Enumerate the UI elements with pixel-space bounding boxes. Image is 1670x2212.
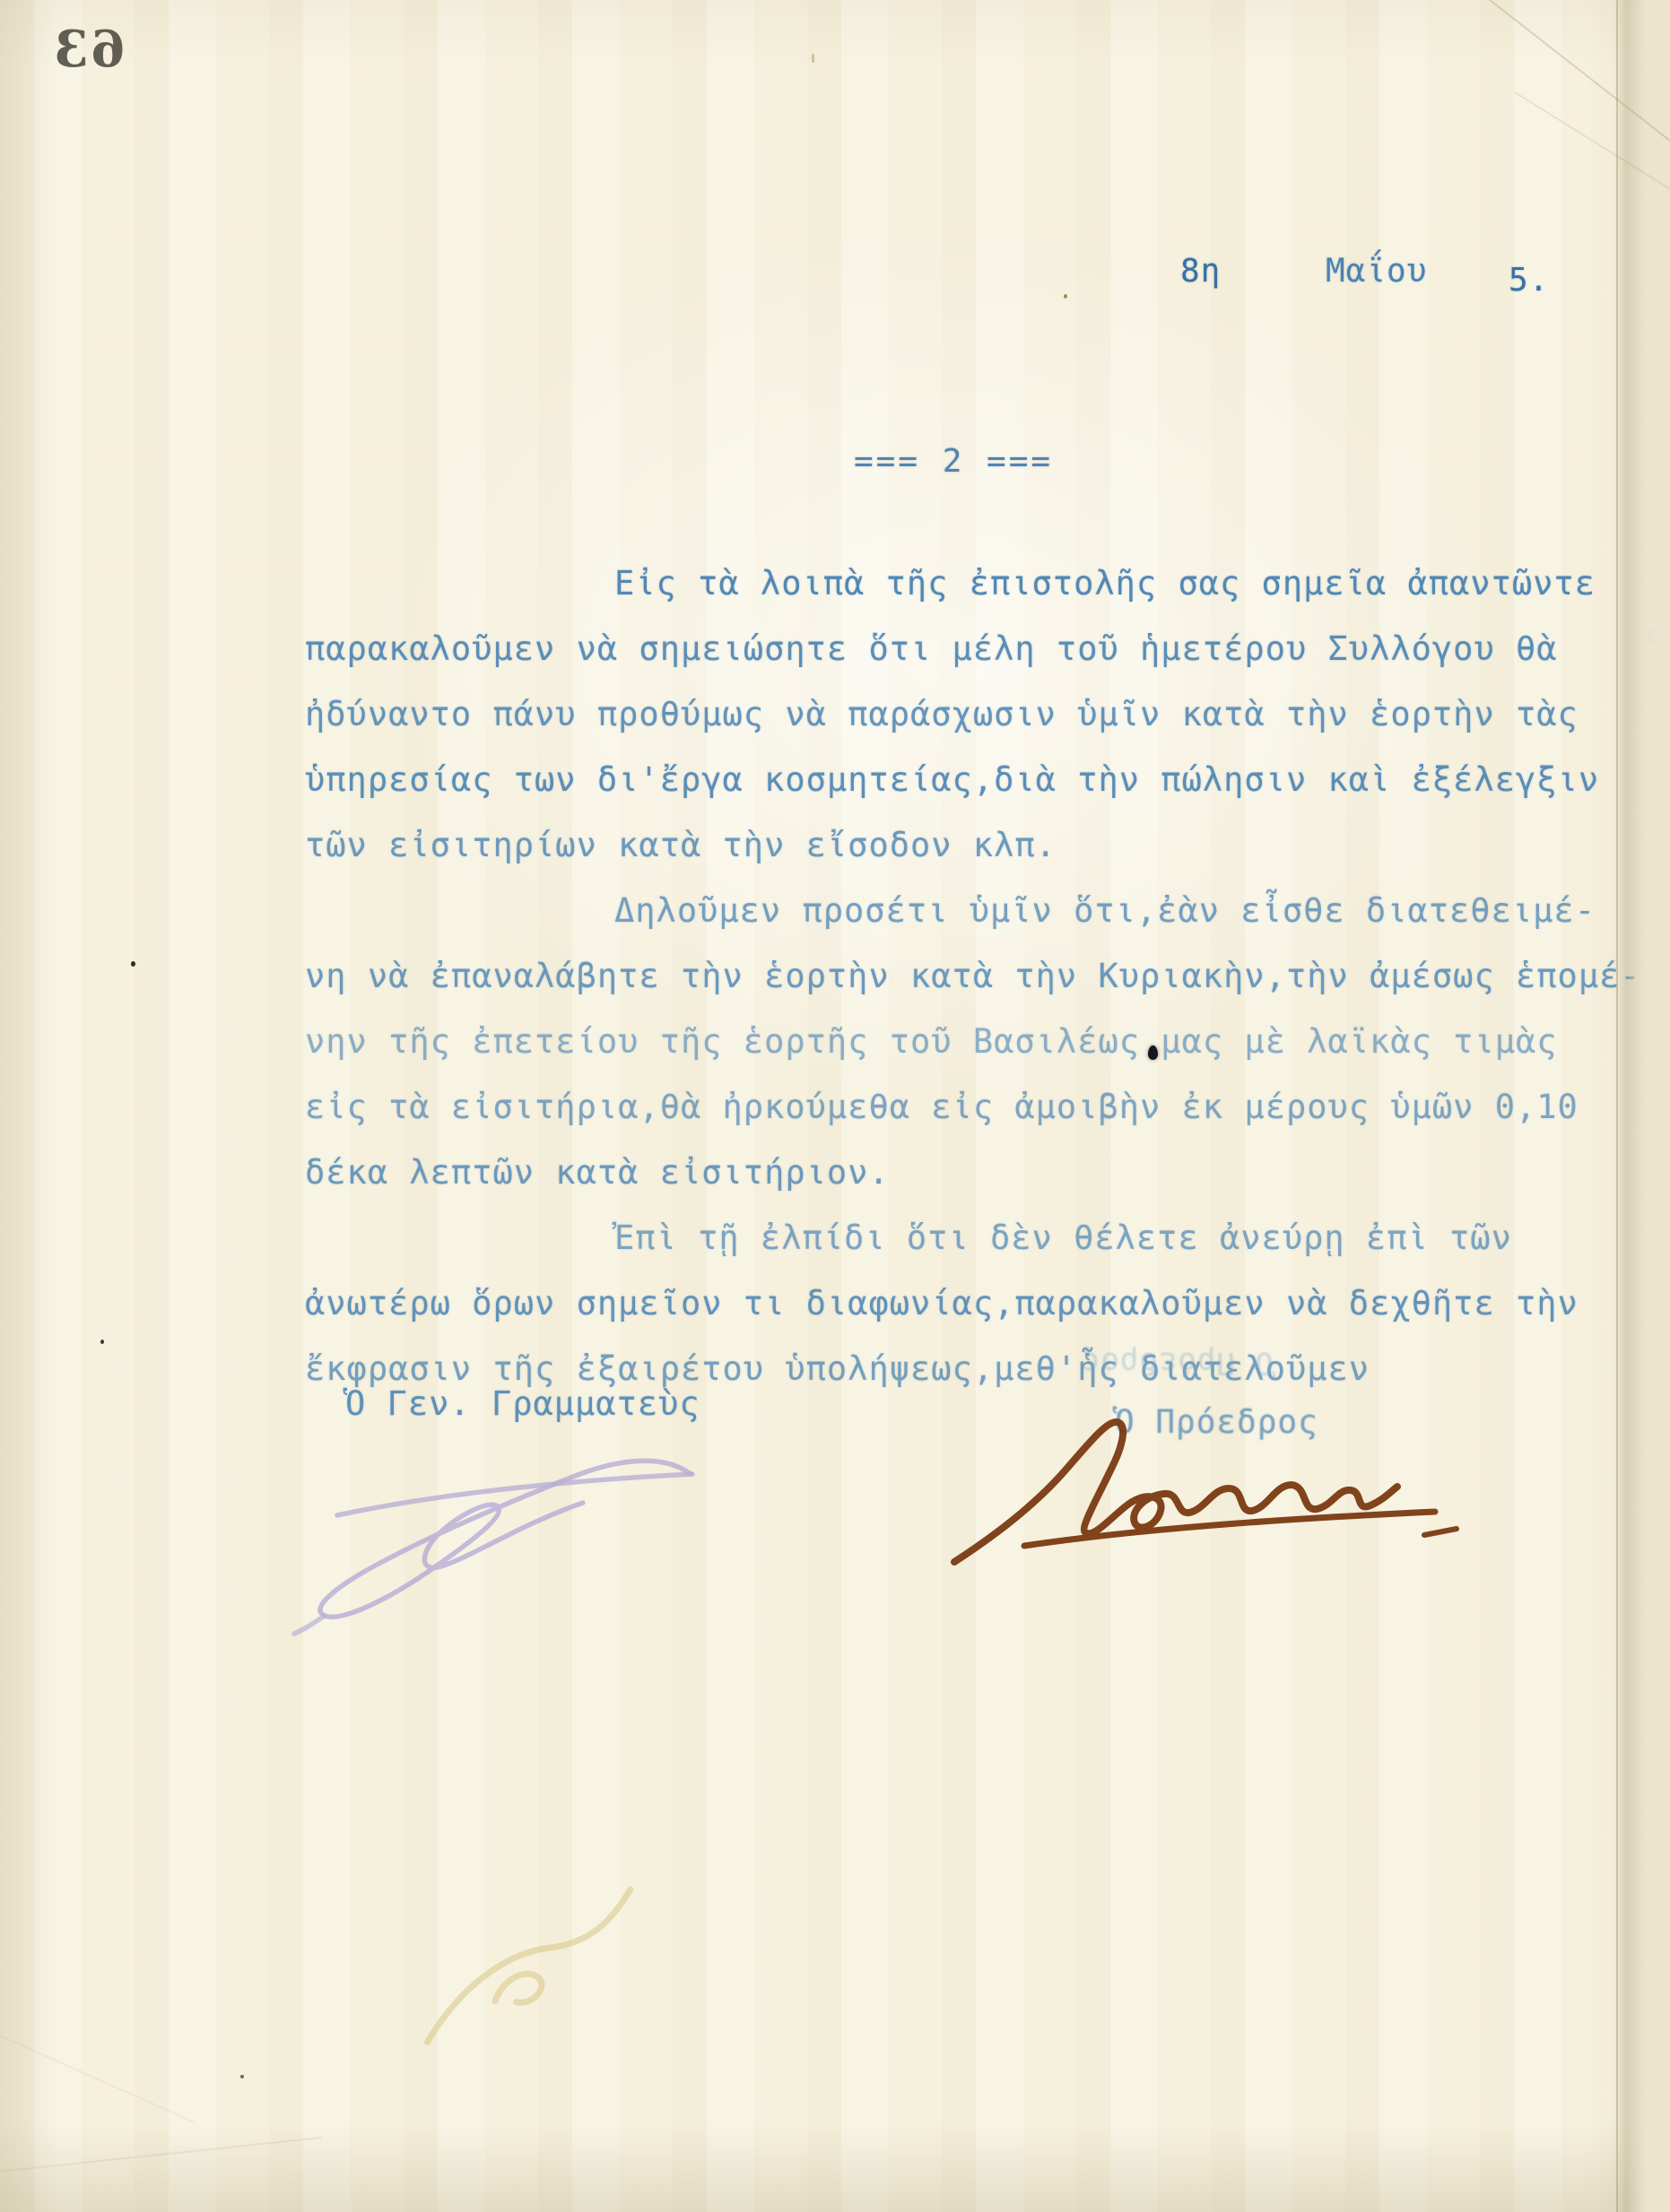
page-number-marker: === 2 === bbox=[854, 443, 1053, 480]
letter-line: νη νὰ ἐπαναλάβητε τὴν ἑορτὴν κατὰ τὴν Κυ… bbox=[305, 943, 1659, 1009]
archive-page-number: 63 bbox=[52, 20, 126, 79]
paper-fiber-mark bbox=[812, 54, 814, 63]
president-title-ghost-transfer: Ὁ Πρόεδρος bbox=[1081, 1345, 1274, 1381]
letter-body: Εἰς τὰ λοιπὰ τῆς ἐπιστολῆς σας σημεῖα ἀπ… bbox=[305, 551, 1659, 1401]
showthrough-handwriting bbox=[383, 1853, 677, 2078]
letter-line: ἠδύναντο πάνυ προθύμως νὰ παράσχωσιν ὑμῖ… bbox=[305, 681, 1659, 747]
date-day: 8η bbox=[1180, 253, 1221, 290]
letter-line: Εἰς τὰ λοιπὰ τῆς ἐπιστολῆς σας σημεῖα ἀπ… bbox=[305, 551, 1659, 616]
date-year: 5. bbox=[1509, 262, 1549, 299]
fold-crease bbox=[0, 2137, 322, 2178]
president-title: Ὁ Πρόεδρος bbox=[1115, 1404, 1318, 1441]
fold-crease bbox=[0, 2012, 195, 2123]
letter-line: νην τῆς ἐπετείου τῆς ἑορτῆς τοῦ Βασιλέως… bbox=[305, 1009, 1659, 1074]
ink-blot bbox=[1148, 1045, 1158, 1060]
letter-line: παρακαλοῦμεν νὰ σημειώσητε ὅτι μέλη τοῦ … bbox=[305, 616, 1659, 681]
date-month: Μαΐου bbox=[1326, 253, 1427, 290]
page-edge-strip bbox=[1616, 0, 1670, 2212]
letter-line: ἀνωτέρω ὅρων σημεῖον τι διαφωνίας,παρακα… bbox=[305, 1271, 1659, 1336]
scanned-letter-page: 63 8η Μαΐου 5. === 2 === Εἰς τὰ λοιπὰ τῆ… bbox=[0, 0, 1670, 2212]
letter-line: Ἐπὶ τῇ ἐλπίδι ὅτι δὲν θέλετε ἀνεύρῃ ἐπὶ … bbox=[305, 1205, 1659, 1271]
secretary-signature bbox=[285, 1427, 734, 1643]
letter-line: δέκα λεπτῶν κατὰ εἰσιτήριον. bbox=[305, 1140, 1659, 1205]
letter-line: τῶν εἰσιτηρίων κατὰ τὴν εἴσοδον κλπ. bbox=[305, 812, 1659, 878]
ink-speck bbox=[100, 1340, 104, 1344]
letter-line: Δηλοῦμεν προσέτι ὑμῖν ὅτι,ἐὰν εἶσθε διατ… bbox=[305, 878, 1659, 943]
ink-speck bbox=[131, 961, 135, 967]
letter-line: εἰς τὰ εἰσιτήρια,θὰ ἠρκούμεθα εἰς ἀμοιβὴ… bbox=[305, 1074, 1659, 1140]
secretary-title: Ὁ Γεν. Γραμματεὺς bbox=[345, 1384, 700, 1423]
ink-speck bbox=[240, 2075, 244, 2078]
ink-speck bbox=[1064, 294, 1067, 299]
letter-line: ὑπηρεσίας των δι'ἔργα κοσμητείας,διὰ τὴν… bbox=[305, 747, 1659, 812]
